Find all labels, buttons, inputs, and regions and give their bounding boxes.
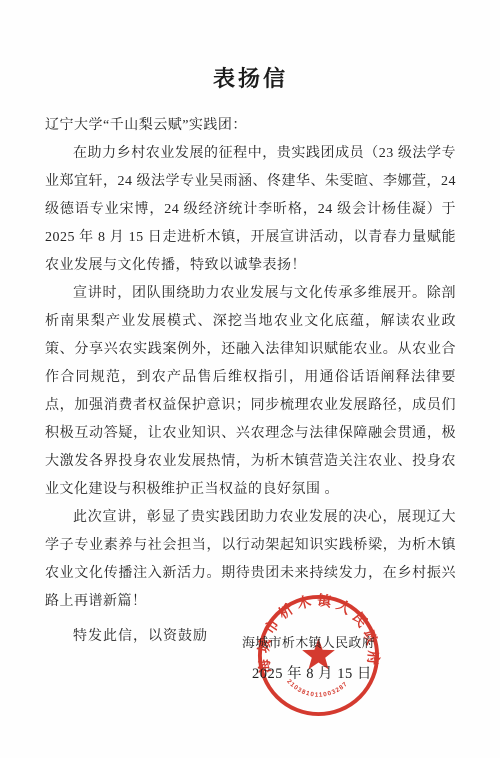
letter-closing: 特发此信，以资鼓励: [45, 623, 456, 651]
letter-body: 表扬信 辽宁大学“千山梨云赋”实践团： 在助力乡村农业发展的征程中，贵实践团成员…: [0, 0, 500, 651]
issue-date: 2025 年 8 月 15 日: [252, 662, 372, 683]
letter-salutation: 辽宁大学“千山梨云赋”实践团：: [45, 112, 456, 140]
letter-title: 表扬信: [45, 64, 456, 94]
seal-serial-holder: 210381011003287: [285, 678, 349, 699]
commendation-letter-page: 表扬信 辽宁大学“千山梨云赋”实践团： 在助力乡村农业发展的征程中，贵实践团成员…: [0, 0, 500, 758]
seal-serial-number: 210381011003287: [285, 678, 349, 699]
letter-paragraph-3: 此次宣讲，彰显了贵实践团助力农业发展的决心，展现辽大学子专业素养与社会担当，以行…: [45, 504, 456, 616]
letter-paragraph-1: 在助力乡村农业发展的征程中，贵实践团成员（23 级法学专业郑宜轩，24 级法学专…: [45, 140, 456, 280]
letter-paragraph-2: 宣讲时，团队围绕助力农业发展与文化传承多维展开。除剖析南果梨产业发展模式、深挖当…: [45, 280, 456, 504]
